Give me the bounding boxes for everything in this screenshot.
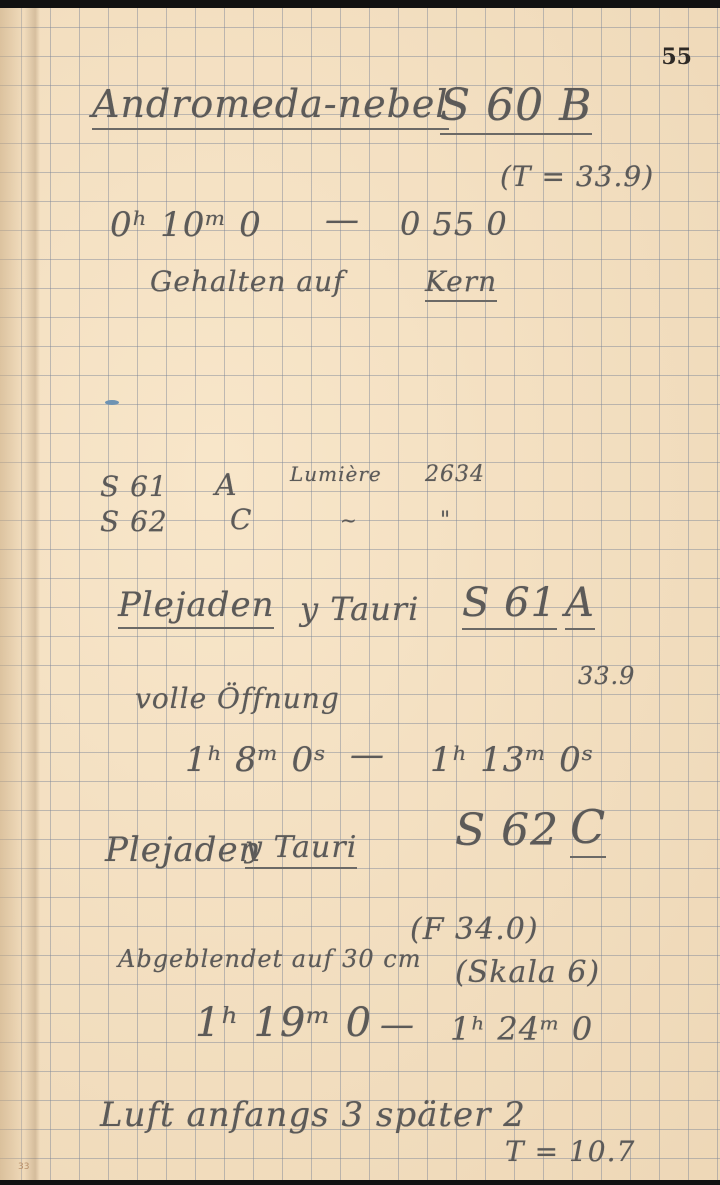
page-stamp: 33 <box>18 1162 29 1172</box>
ink-blot <box>105 400 119 405</box>
list1-number: 2634 <box>425 462 485 487</box>
heading2-text: Plejaden <box>118 585 274 629</box>
heading3-label: S 62 <box>455 805 559 856</box>
list1-text: Lumière <box>290 462 382 486</box>
heading2-letter: A <box>565 580 595 630</box>
page-binding-shadow <box>0 8 40 1180</box>
heading2-mid: y Tauri <box>300 590 419 628</box>
time3-dash: — <box>380 1005 415 1045</box>
heading3-letter: C <box>570 800 606 858</box>
page-number: 55 <box>661 44 692 70</box>
title-text: Andromeda-nebel <box>92 82 449 130</box>
sub2-text: volle Öffnung <box>135 682 340 715</box>
note1-underlined: Kern <box>425 265 497 302</box>
heading3-mid: y Tauri <box>245 830 357 869</box>
time2-end: 1ʰ 13ᵐ 0ˢ <box>430 740 594 780</box>
sub2-value: 33.9 <box>578 662 635 690</box>
list1-plate: S 61 <box>100 470 168 503</box>
time3-end: 1ʰ 24ᵐ 0 <box>450 1010 593 1048</box>
time1-start: 0ʰ 10ᵐ 0 <box>110 205 262 245</box>
footer-text: Luft anfangs 3 später 2 <box>100 1095 526 1135</box>
time2-start: 1ʰ 8ᵐ 0ˢ <box>185 740 327 780</box>
title-plate-label: S 60 B <box>440 80 592 135</box>
time1-end: 0 55 0 <box>400 205 508 243</box>
list2-number: " <box>440 508 451 533</box>
time1-note: (T = 33.9) <box>500 160 654 193</box>
list1-letter: A <box>215 468 238 503</box>
time1-dash: — <box>325 200 360 240</box>
list2-letter: C <box>230 503 252 536</box>
list2-plate: S 62 <box>100 505 168 538</box>
note1-text: Gehalten auf <box>150 265 344 298</box>
time2-dash: — <box>350 735 385 775</box>
sub3-note: (Skala 6) <box>455 955 600 990</box>
footer-value: T = 10.7 <box>505 1135 635 1168</box>
list2-text: ~ <box>340 508 358 532</box>
heading2-label: S 61 <box>462 580 557 630</box>
heading3-text: Plejaden <box>105 830 261 870</box>
note3-value: (F 34.0) <box>410 912 539 947</box>
sub3-text: Abgeblendet auf 30 cm <box>118 945 421 973</box>
time3-start: 1ʰ 19ᵐ 0 <box>195 1000 372 1046</box>
